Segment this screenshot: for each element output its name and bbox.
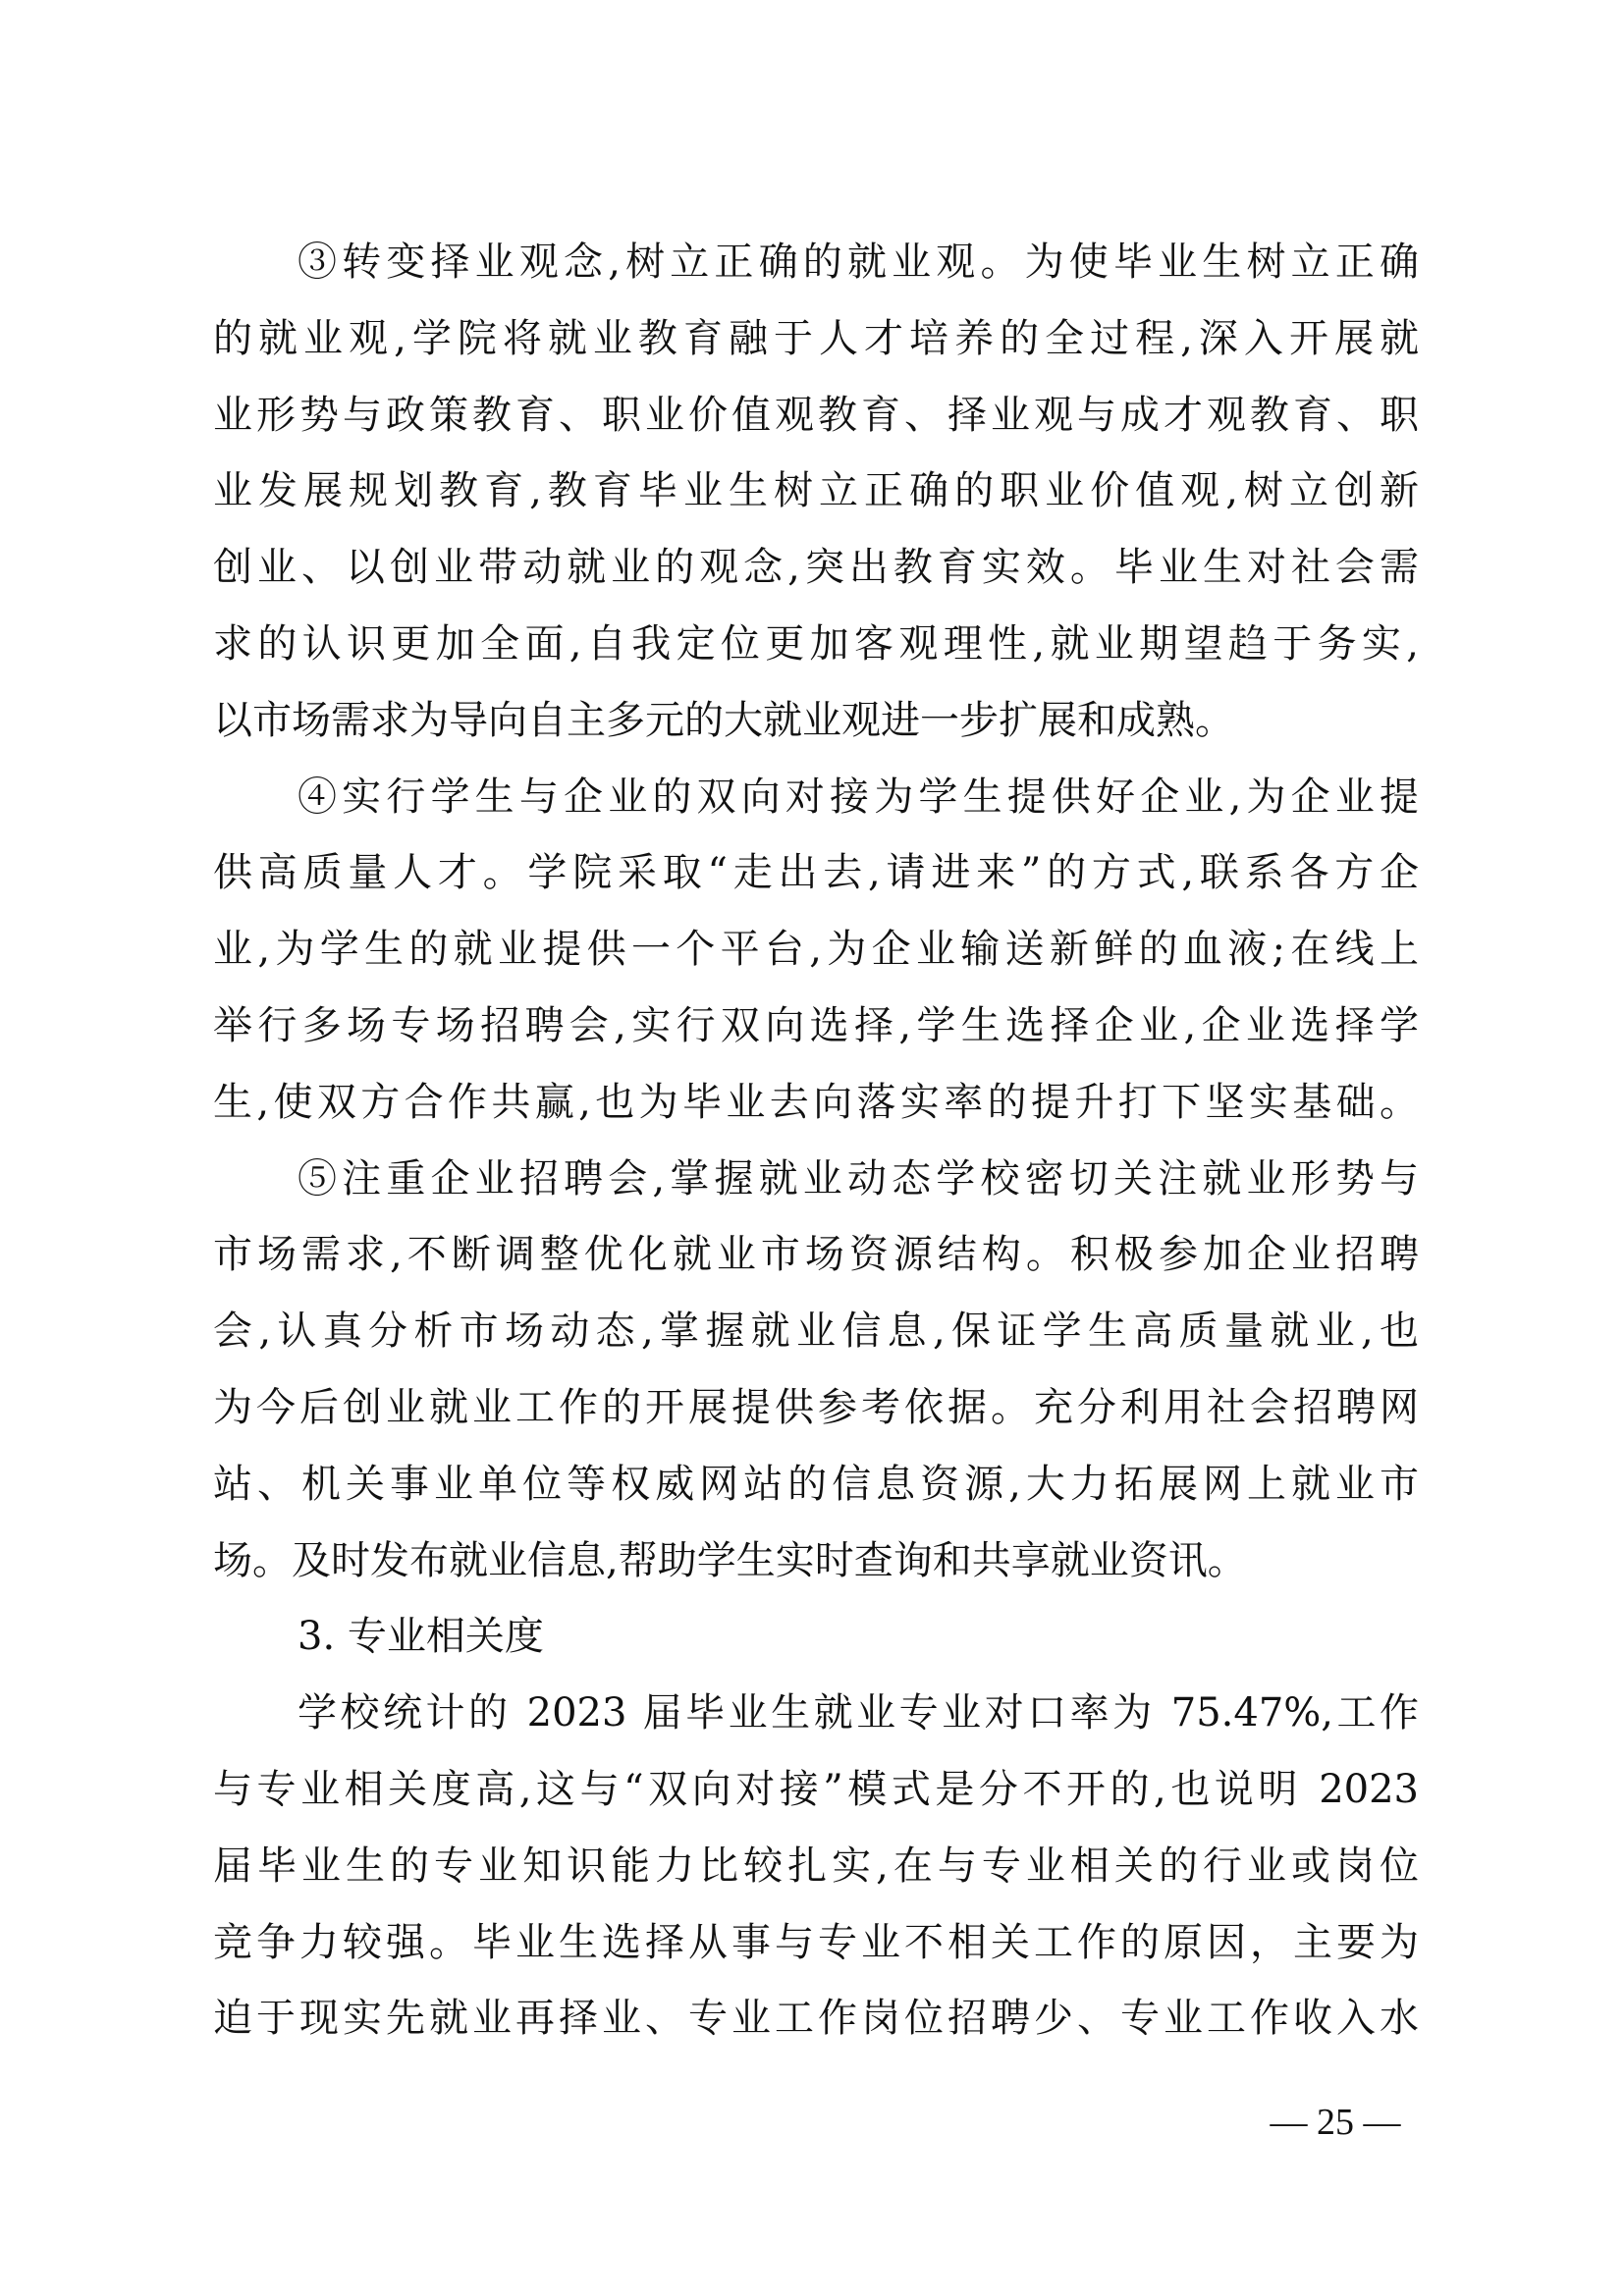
text-line: 学校统计的 2023 届毕业生就业专业对口率为 75.47%,工作: [213, 1676, 1419, 1752]
text-line: 供高质量人才。学院采取“走出去,请进来”的方式,联系各方企: [213, 835, 1419, 912]
paragraph-item-3: ③转变择业观念,树立正确的就业观。为使毕业生树立正确 的就业观,学院将就业教育融…: [213, 225, 1419, 760]
paragraph-major-relevance: 学校统计的 2023 届毕业生就业专业对口率为 75.47%,工作 与专业相关度…: [213, 1676, 1419, 2057]
text-line: 市场需求,不断调整优化就业市场资源结构。积极参加企业招聘: [213, 1217, 1419, 1294]
text-line: 场。及时发布就业信息,帮助学生实时查询和共享就业资讯。: [213, 1523, 1419, 1600]
text-line: 为今后创业就业工作的开展提供参考依据。充分利用社会招聘网: [213, 1370, 1419, 1447]
text-line: 举行多场专场招聘会,实行双向选择,学生选择企业,企业选择学: [213, 988, 1419, 1065]
document-page: ③转变择业观念,树立正确的就业观。为使毕业生树立正确 的就业观,学院将就业教育融…: [0, 0, 1624, 2296]
text-line: 生,使双方合作共赢,也为毕业去向落实率的提升打下坚实基础。: [213, 1065, 1419, 1142]
text-line: 以市场需求为导向自主多元的大就业观进一步扩展和成熟。: [213, 683, 1419, 760]
text-line: ⑤注重企业招聘会,掌握就业动态学校密切关注就业形势与: [213, 1142, 1419, 1218]
text-line: 站、机关事业单位等权威网站的信息资源,大力拓展网上就业市: [213, 1447, 1419, 1523]
section-heading: 3. 专业相关度: [213, 1599, 1419, 1676]
page-number: — 25 —: [1222, 2101, 1448, 2150]
text-line: 业发展规划教育,教育毕业生树立正确的职业价值观,树立创新: [213, 454, 1419, 530]
text-line: 届毕业生的专业知识能力比较扎实,在与专业相关的行业或岗位: [213, 1829, 1419, 1905]
text-line: ④实行学生与企业的双向对接为学生提供好企业,为企业提: [213, 760, 1419, 836]
text-line: 的就业观,学院将就业教育融于人才培养的全过程,深入开展就: [213, 301, 1419, 378]
text-line: ③转变择业观念,树立正确的就业观。为使毕业生树立正确: [213, 225, 1419, 301]
text-line: 会,认真分析市场动态,掌握就业信息,保证学生高质量就业,也: [213, 1294, 1419, 1370]
text-line: 求的认识更加全面,自我定位更加客观理性,就业期望趋于务实,: [213, 607, 1419, 683]
paragraph-item-4: ④实行学生与企业的双向对接为学生提供好企业,为企业提 供高质量人才。学院采取“走…: [213, 760, 1419, 1142]
text-line: 业,为学生的就业提供一个平台,为企业输送新鲜的血液;在线上: [213, 912, 1419, 988]
text-line: 业形势与政策教育、职业价值观教育、择业观与成才观教育、职: [213, 378, 1419, 454]
text-line: 与专业相关度高,这与“双向对接”模式是分不开的,也说明 2023: [213, 1752, 1419, 1829]
paragraph-item-5: ⑤注重企业招聘会,掌握就业动态学校密切关注就业形势与 市场需求,不断调整优化就业…: [213, 1142, 1419, 1600]
text-line: 创业、以创业带动就业的观念,突出教育实效。毕业生对社会需: [213, 530, 1419, 607]
page-body: ③转变择业观念,树立正确的就业观。为使毕业生树立正确 的就业观,学院将就业教育融…: [213, 225, 1419, 2057]
text-line: 迫于现实先就业再择业、专业工作岗位招聘少、专业工作收入水: [213, 1981, 1419, 2057]
text-line: 竞争力较强。毕业生选择从事与专业不相关工作的原因，主要为: [213, 1905, 1419, 1982]
